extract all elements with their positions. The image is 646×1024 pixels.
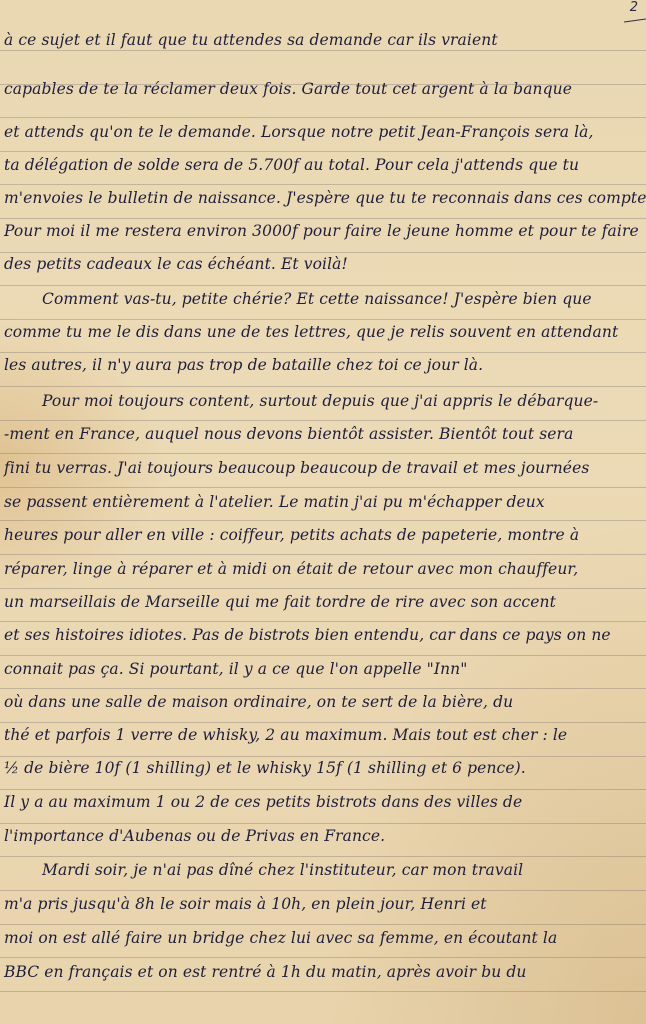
text-line: un marseillais de Marseille qui me fait …: [4, 592, 640, 612]
text-line: Mardi soir, je n'ai pas dîné chez l'inst…: [42, 860, 640, 880]
letter-page: 2 à ce sujet et il faut que tu attendes …: [0, 0, 646, 1024]
text-line: ta délégation de solde sera de 5.700f au…: [4, 155, 640, 175]
ruled-line: [0, 218, 646, 219]
ruled-line: [0, 420, 646, 421]
text-line: connait pas ça. Si pourtant, il y a ce q…: [4, 659, 640, 679]
text-line: réparer, linge à réparer et à midi on ét…: [4, 559, 640, 579]
ruled-line: [0, 184, 646, 185]
ruled-line: [0, 487, 646, 488]
text-line: thé et parfois 1 verre de whisky, 2 au m…: [4, 725, 640, 745]
ruled-line: [0, 319, 646, 320]
text-line: ½ de bière 10f (1 shilling) et le whisky…: [4, 758, 640, 778]
page-number: 2: [630, 0, 638, 15]
ruled-line: [0, 789, 646, 790]
ruled-line: [0, 991, 646, 992]
text-line: l'importance d'Aubenas ou de Privas en F…: [4, 826, 640, 846]
text-line: les autres, il n'y aura pas trop de bata…: [4, 355, 640, 375]
text-line: BBC en français et on est rentré à 1h du…: [4, 962, 640, 982]
page-number-underline: [624, 18, 646, 22]
text-line: comme tu me le dis dans une de tes lettr…: [4, 322, 640, 342]
ruled-line: [0, 151, 646, 152]
ruled-line: [0, 554, 646, 555]
ruled-line: [0, 285, 646, 286]
text-line: fini tu verras. J'ai toujours beaucoup b…: [4, 458, 640, 478]
ruled-line: [0, 588, 646, 589]
ruled-line: [0, 722, 646, 723]
ruled-line: [0, 924, 646, 925]
text-line: à ce sujet et il faut que tu attendes sa…: [4, 30, 640, 50]
text-line: Pour moi il me restera environ 3000f pou…: [4, 221, 640, 241]
text-line: moi on est allé faire un bridge chez lui…: [4, 928, 640, 948]
ruled-line: [0, 890, 646, 891]
text-line: et attends qu'on te le demande. Lorsque …: [4, 122, 640, 142]
text-line: Pour moi toujours content, surtout depui…: [42, 391, 640, 411]
ruled-line: [0, 386, 646, 387]
ruled-line: [0, 50, 646, 51]
ruled-line: [0, 117, 646, 118]
ruled-line: [0, 453, 646, 454]
text-line: des petits cadeaux le cas échéant. Et vo…: [4, 254, 640, 274]
ruled-line: [0, 856, 646, 857]
text-line: Comment vas-tu, petite chérie? Et cette …: [42, 289, 640, 309]
ruled-line: [0, 823, 646, 824]
ruled-line: [0, 520, 646, 521]
text-line: capables de te la réclamer deux fois. Ga…: [4, 79, 640, 99]
ruled-line: [0, 352, 646, 353]
text-line: se passent entièrement à l'atelier. Le m…: [4, 492, 640, 512]
ruled-line: [0, 688, 646, 689]
text-line: m'a pris jusqu'à 8h le soir mais à 10h, …: [4, 894, 640, 914]
ruled-line: [0, 252, 646, 253]
text-line: m'envoies le bulletin de naissance. J'es…: [4, 188, 640, 208]
text-line: -ment en France, auquel nous devons bien…: [4, 424, 640, 444]
text-line: où dans une salle de maison ordinaire, o…: [4, 692, 640, 712]
ruled-line: [0, 621, 646, 622]
text-line: Il y a au maximum 1 ou 2 de ces petits b…: [4, 792, 640, 812]
text-line: et ses histoires idiotes. Pas de bistrot…: [4, 625, 640, 645]
ruled-line: [0, 655, 646, 656]
ruled-line: [0, 957, 646, 958]
ruled-line: [0, 756, 646, 757]
text-line: heures pour aller en ville : coiffeur, p…: [4, 525, 640, 545]
